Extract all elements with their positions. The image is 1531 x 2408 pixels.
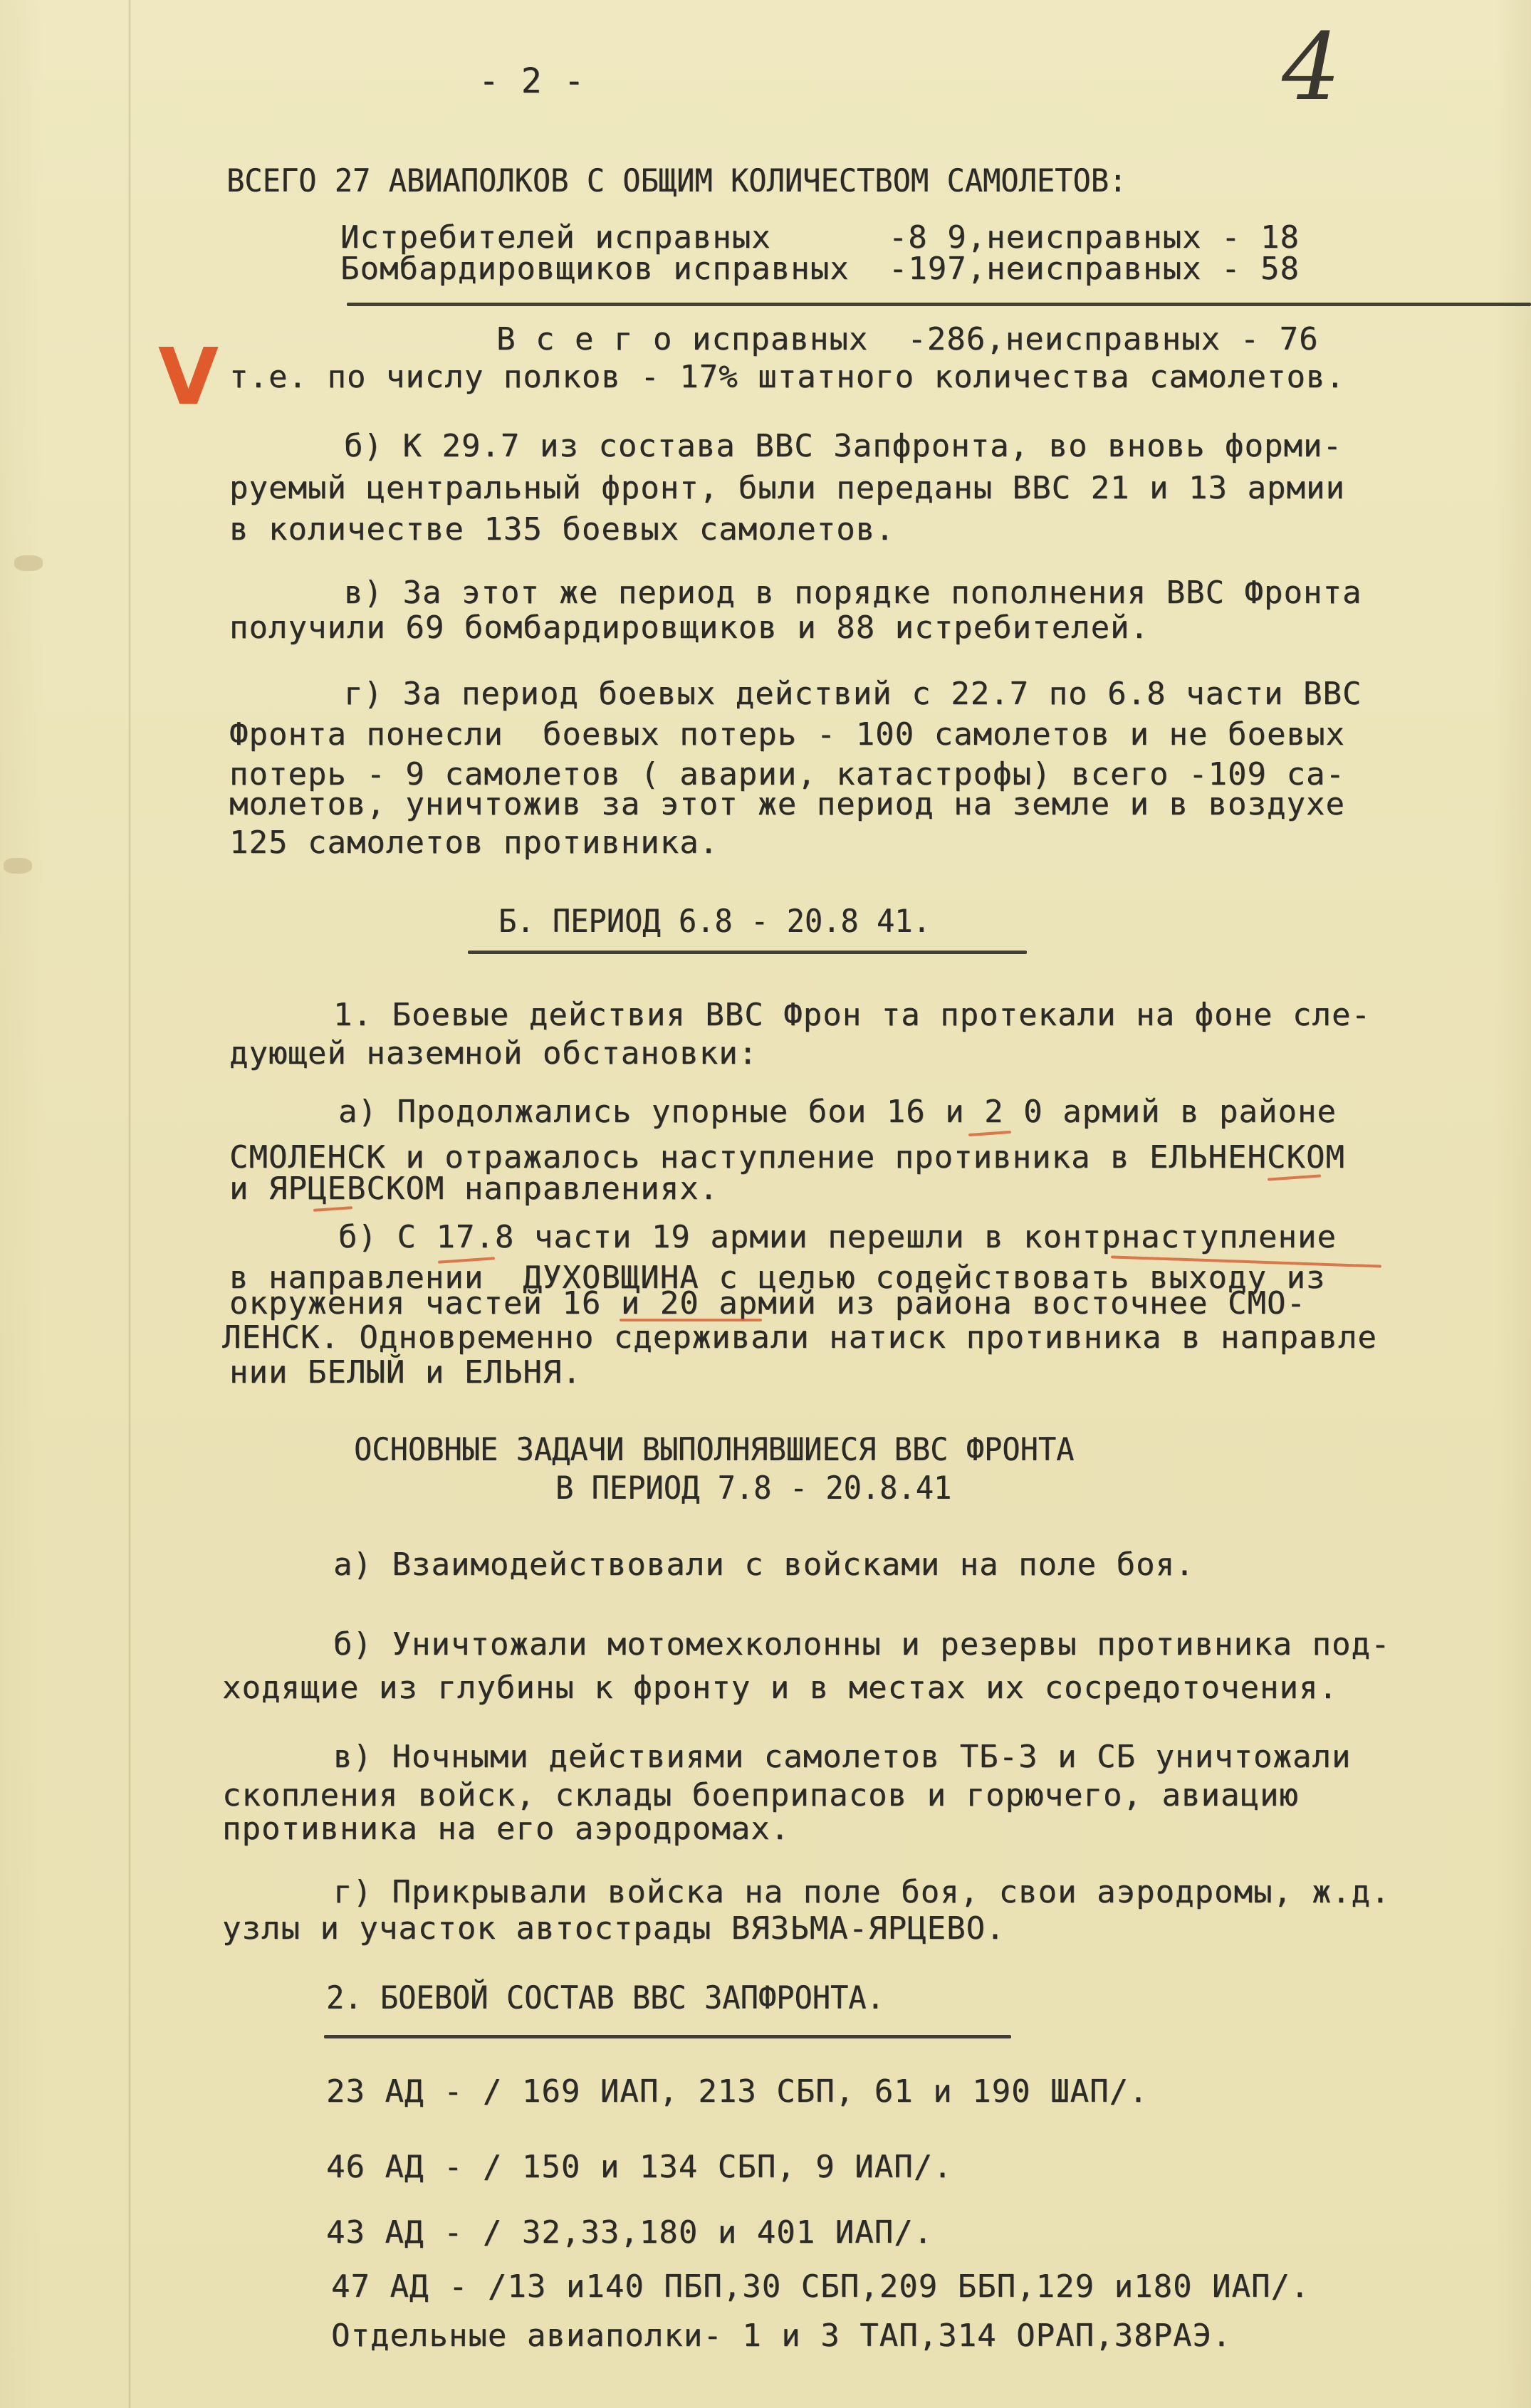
composition-line-43-ad: 43 АД - / 32,33,180 и 401 ИАП/. — [326, 2217, 933, 2249]
margin-staple-hole — [4, 858, 32, 874]
item1-a-line-2: СМОЛЕНСК и отражалось наступление против… — [229, 1142, 1345, 1173]
composition-line-separate-regiments: Отдельные авиаполки- 1 и 3 ТАП,314 ОРАП,… — [331, 2320, 1232, 2352]
item1-line-2: дующей наземной обстановки: — [229, 1038, 758, 1069]
summary-divider — [347, 303, 1531, 306]
para-b-line-1: б) К 29.7 из состава ВВС Запфронта, во в… — [344, 431, 1342, 462]
composition-heading: 2. БОЕВОЙ СОСТАВ ВВС ЗАПФРОНТА. — [326, 1982, 884, 2014]
red-check-mark-icon: V — [158, 331, 219, 422]
para-b-line-2: руемый центральный фронт, были переданы … — [229, 473, 1345, 504]
summary-heading: ВСЕГО 27 АВИАПОЛКОВ С ОБЩИМ КОЛИЧЕСТВОМ … — [226, 165, 1127, 197]
item1-b-line-4: ЛЕНСК. Одновременно сдерживали натиск пр… — [222, 1322, 1377, 1354]
para-v-line-2: получили 69 бомбардировщиков и 88 истреб… — [229, 612, 1149, 644]
task-v-line-3: противника на его аэродромах. — [222, 1813, 790, 1845]
composition-line-46-ad: 46 АД - / 150 и 134 СБП, 9 ИАП/. — [326, 2152, 953, 2183]
task-g-line-1: г) Прикрывали войска на поле боя, свои а… — [333, 1877, 1390, 1908]
summary-percent-line: т.е. по числу полков - 17% штатного коли… — [229, 362, 1345, 393]
task-v-line-1: в) Ночными действиями самолетов ТБ-3 и С… — [333, 1742, 1352, 1773]
item1-b-line-3: окружения частей 16 и 20 армий из района… — [229, 1288, 1306, 1319]
composition-line-23-ad: 23 АД - / 169 ИАП, 213 СБП, 61 и 190 ШАП… — [326, 2076, 1149, 2108]
para-g-line-5: 125 самолетов противника. — [229, 827, 719, 859]
summary-bombers-line: Бомбардировщиков исправных -197,неисправ… — [340, 253, 1300, 285]
item1-a-line-3: и ЯРЦЕВСКОМ направлениях. — [229, 1173, 719, 1205]
composition-line-47-ad: 47 АД - /13 и140 ПБП,30 СБП,209 ББП,129 … — [331, 2271, 1310, 2303]
red-underline-16 — [968, 1131, 1011, 1136]
tasks-heading-line-1: ОСНОВНЫЕ ЗАДАЧИ ВЫПОЛНЯВШИЕСЯ ВВС ФРОНТА — [354, 1434, 1074, 1465]
para-g-line-1: г) За период боевых действий с 22.7 по 6… — [344, 679, 1362, 710]
item1-line-1: 1. Боевые действия ВВС Фрон та протекали… — [333, 1000, 1371, 1031]
section-b-heading: Б. ПЕРИОД 6.8 - 20.8 41. — [498, 906, 931, 937]
item1-b-line-5: нии БЕЛЫЙ и ЕЛЬНЯ. — [229, 1357, 582, 1388]
para-v-line-1: в) За этот же период в порядке пополнени… — [344, 577, 1362, 609]
summary-total-line: В с е г о исправных -286,неисправных - 7… — [496, 324, 1319, 355]
task-g-line-2: узлы и участок автострады ВЯЗЬМА-ЯРЦЕВО. — [222, 1913, 1005, 1944]
section-b-underline — [468, 951, 1027, 954]
item1-b-line-1: б) С 17.8 части 19 армии перешли в контр… — [338, 1222, 1337, 1253]
handwritten-sheet-number: 4 — [1282, 13, 1341, 121]
task-b-line-2: ходящие из глубины к фронту и в местах и… — [222, 1672, 1338, 1704]
tasks-heading-line-2: В ПЕРИОД 7.8 - 20.8.41 — [555, 1472, 951, 1504]
task-v-line-2: скопления войск, склады боеприпасов и го… — [222, 1780, 1299, 1811]
page-number: - 2 - — [479, 64, 585, 98]
para-g-line-4: молетов, уничтожив за этот же период на … — [229, 789, 1345, 820]
composition-underline — [324, 2035, 1011, 2038]
task-b-line-1: б) Уничтожали мотомехколонны и резервы п… — [333, 1629, 1390, 1660]
para-g-line-2: Фронта понесли боевых потерь - 100 самол… — [229, 719, 1345, 750]
margin-staple-hole — [14, 555, 43, 571]
summary-fighters-line: Истребителей исправных -8 9,неисправных … — [340, 222, 1300, 253]
task-a-line-1: а) Взаимодействовали с войсками на поле … — [333, 1549, 1195, 1581]
red-underline-yartsevskom — [313, 1206, 352, 1212]
para-b-line-3: в количестве 135 боевых самолетов. — [229, 514, 895, 545]
item1-a-line-1: а) Продолжались упорные бои 16 и 2 0 арм… — [338, 1096, 1337, 1128]
